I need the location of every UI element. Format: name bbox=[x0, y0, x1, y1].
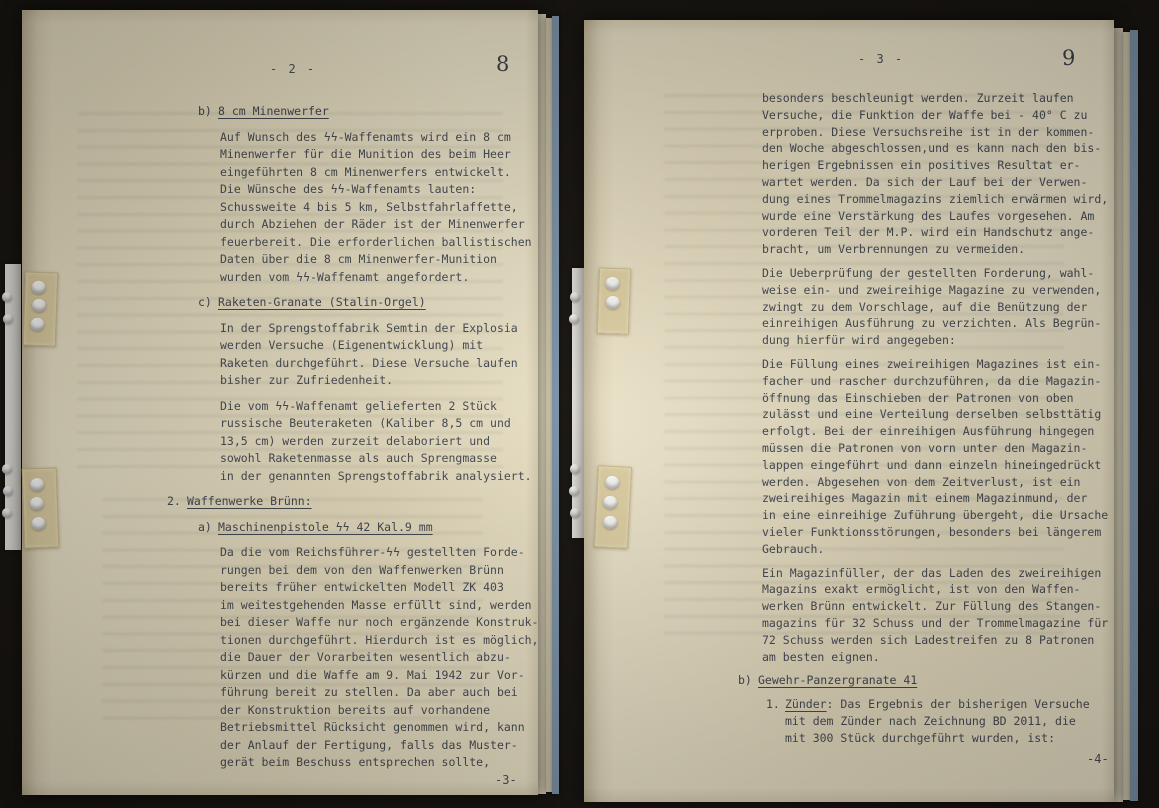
left-under-sheet-edge bbox=[5, 264, 21, 550]
right-page-body: besonders beschleunigt werden. Zurzeit l… bbox=[584, 90, 1114, 753]
paragraph: Auf Wunsch des ϟϟ-Waffenamts wird ein 8 … bbox=[220, 129, 538, 287]
lettered-heading: a)Maschinenpistole ϟϟ 42 Kal.9 mm bbox=[198, 519, 538, 537]
page-edge-strip bbox=[538, 14, 546, 794]
paragraph: In der Sprengstoffabrik Semtin der Explo… bbox=[220, 320, 538, 390]
punch-hole bbox=[2, 464, 12, 474]
punch-hole bbox=[570, 508, 580, 518]
left-page-footer: -3- bbox=[495, 773, 517, 787]
numbered-term-paragraph: 1.Zünder: Das Ergebnis der bisherigen Ve… bbox=[766, 696, 1114, 746]
blue-page-edge-strip bbox=[552, 16, 559, 794]
left-page: - 2 - 8 b)8 cm MinenwerferAuf Wunsch des… bbox=[22, 10, 538, 795]
punch-hole bbox=[570, 464, 580, 474]
punch-hole bbox=[570, 292, 580, 302]
lettered-heading: b)Gewehr-Panzergranate 41 bbox=[738, 672, 1114, 689]
left-page-number: 8 bbox=[496, 52, 509, 76]
paragraph: Da die vom Reichsführer-ϟϟ gestellten Fo… bbox=[220, 544, 538, 772]
blue-page-edge-strip bbox=[1130, 30, 1138, 801]
paragraph: Die vom ϟϟ-Waffenamt gelieferten 2 Stück… bbox=[220, 398, 538, 486]
paragraph: Die Füllung eines zweireihigen Magazines… bbox=[762, 356, 1114, 558]
right-page-header: - 3 - bbox=[858, 52, 904, 66]
punch-hole bbox=[3, 486, 13, 496]
paragraph: besonders beschleunigt werden. Zurzeit l… bbox=[762, 90, 1114, 258]
right-page-footer: -4- bbox=[1087, 752, 1109, 766]
paragraph: Die Ueberprüfung der gestellten Forderun… bbox=[762, 265, 1114, 349]
punch-hole bbox=[2, 292, 12, 302]
lettered-heading: b)8 cm Minenwerfer bbox=[198, 103, 538, 121]
left-page-body: b)8 cm MinenwerferAuf Wunsch des ϟϟ-Waff… bbox=[22, 103, 538, 780]
numbered-heading: 2.Waffenwerke Brünn: bbox=[167, 493, 538, 511]
photo-background: - 2 - 8 b)8 cm MinenwerferAuf Wunsch des… bbox=[0, 0, 1159, 808]
punch-hole bbox=[569, 486, 579, 496]
right-page: - 3 - 9 besonders beschleunigt werden. Z… bbox=[584, 20, 1114, 802]
left-page-header: - 2 - bbox=[270, 62, 316, 76]
paragraph: Ein Magazinfüller, der das Laden des zwe… bbox=[762, 565, 1114, 666]
lettered-heading: c)Raketen-Granate (Stalin-Orgel) bbox=[198, 294, 538, 312]
page-edge-strip bbox=[1114, 28, 1123, 802]
right-page-number: 9 bbox=[1062, 46, 1075, 70]
punch-hole bbox=[3, 314, 13, 324]
punch-hole bbox=[569, 314, 579, 324]
page-edge-strip bbox=[1123, 32, 1130, 800]
punch-hole bbox=[2, 508, 12, 518]
